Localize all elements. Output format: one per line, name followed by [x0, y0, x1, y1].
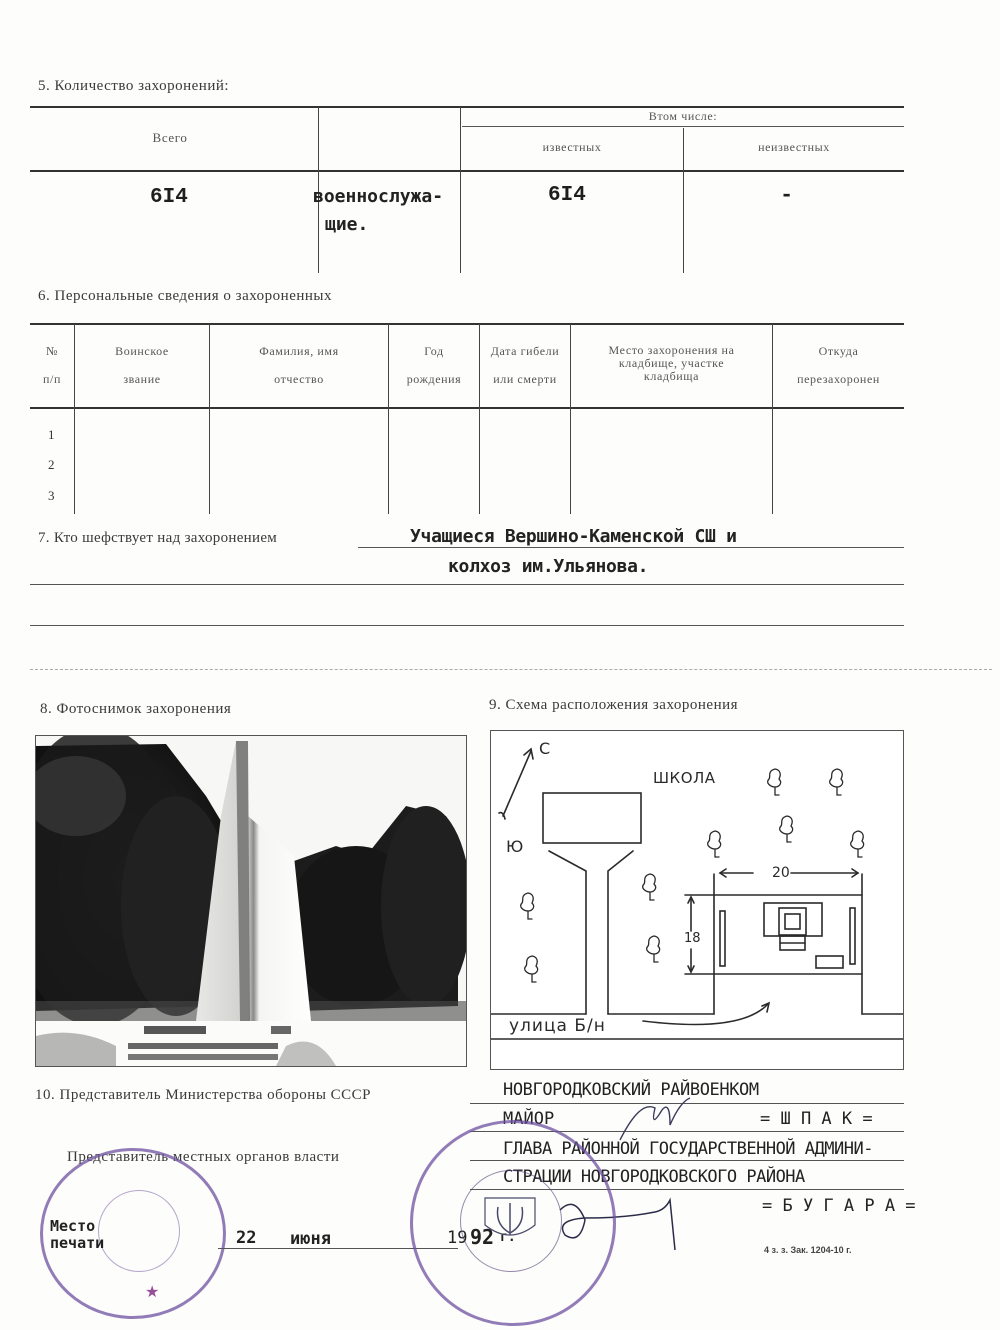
tree-icons	[521, 769, 864, 982]
col-rank-line1: Воинское	[115, 337, 169, 365]
col-burial-place-line2: кладбище, участке	[619, 357, 724, 370]
patron-line-1	[358, 547, 904, 548]
col-reburied-from-line2: перезахоронен	[797, 365, 880, 393]
header-total: Всего	[30, 120, 310, 156]
col-rank-line2: звание	[123, 365, 160, 393]
section9-title: 9. Схема расположения захоронения	[489, 697, 738, 714]
col-number-line1: №	[46, 337, 58, 365]
section6-title: 6. Персональные сведения о захороненных	[38, 288, 332, 305]
col-death-date-line2: или смерти	[493, 365, 557, 393]
section10-label-mo: 10. Представитель Министерства обороны С…	[35, 1087, 371, 1104]
col-birth-year-line2: рождения	[407, 365, 462, 393]
header-known: известных	[462, 130, 682, 164]
trident-emblem-icon	[480, 1195, 540, 1245]
date-month: июня	[290, 1229, 331, 1249]
table5-subheader-border	[462, 126, 904, 127]
category-line2: щие.	[325, 214, 368, 235]
col-fullname: Фамилия, имя отчество	[210, 335, 388, 395]
section7-label: 7. Кто шефствует над захоронением	[38, 530, 277, 547]
patron-line-2	[30, 584, 904, 585]
print-mark: 4 з. з. Зак. 1204-10 г.	[764, 1245, 851, 1255]
col-number: № п/п	[30, 335, 74, 395]
star-icon: ★	[145, 1282, 159, 1302]
table5-divider	[460, 107, 461, 273]
section8-title: 8. Фотоснимок захоронения	[40, 701, 231, 718]
stamp-inner-circle	[98, 1190, 180, 1272]
width-dimension-label: 20	[772, 865, 790, 881]
total-value: 6I4	[150, 186, 188, 209]
table5-header-bottom-border	[30, 170, 904, 172]
fold-line	[30, 669, 992, 670]
local-name: = Б У Г А Р А =	[762, 1196, 916, 1216]
stamp-place-label: Место печати	[50, 1218, 104, 1252]
row-number-3: 3	[48, 488, 55, 504]
col-birth-year-line1: Год	[424, 337, 443, 365]
col-burial-place-line1: Место захоронения на	[608, 344, 734, 357]
col-death-date: Дата гибели или смерти	[480, 335, 570, 395]
col-number-line2: п/п	[43, 365, 61, 393]
north-label: С	[539, 739, 550, 758]
school-label: ШКОЛА	[653, 769, 716, 787]
row-number-1: 1	[48, 427, 55, 443]
col-fullname-line2: отчество	[274, 365, 324, 393]
header-unknown: неизвестных	[684, 130, 904, 164]
compass-arrow-icon	[503, 751, 531, 816]
location-scheme: С Ю ШКОЛА 20 18 улица Б/н	[490, 730, 904, 1070]
category-line1: военнослужа-	[313, 186, 443, 207]
patron-line1: Учащиеся Вершино-Каменской СШ и	[410, 526, 737, 547]
col-reburied-from-line1: Откуда	[819, 337, 859, 365]
col-fullname-line1: Фамилия, имя	[259, 337, 339, 365]
stamp-place-line1: Место	[50, 1218, 104, 1235]
col-rank: Воинское звание	[75, 335, 209, 395]
col-birth-year: Год рождения	[389, 335, 479, 395]
known-value: 6I4	[548, 184, 586, 207]
obelisk-photo-image	[36, 736, 466, 1066]
height-dimension-label: 18	[684, 931, 701, 946]
patron-line-3	[30, 625, 904, 626]
stamp-place-line2: печати	[50, 1235, 104, 1252]
section5-title: 5. Количество захоронений:	[38, 78, 229, 95]
col-death-date-line1: Дата гибели	[491, 337, 560, 365]
col-reburied-from: Откуда перезахоронен	[773, 335, 904, 395]
street-label: улица Б/н	[509, 1016, 606, 1036]
col-burial-place-line3: кладбища	[644, 370, 699, 383]
row-number-2: 2	[48, 457, 55, 473]
header-including: Втом числе:	[462, 108, 904, 124]
signature-mo-icon	[600, 1090, 720, 1150]
south-label: Ю	[506, 837, 523, 856]
mo-name: = Ш П А К =	[760, 1109, 873, 1129]
burial-photo	[35, 735, 467, 1067]
date-day: 22	[236, 1228, 256, 1248]
patron-line2: колхоз им.Ульянова.	[448, 556, 648, 577]
col-burial-place: Место захоронения на кладбище, участке к…	[571, 338, 772, 388]
unknown-value: -	[780, 183, 793, 208]
